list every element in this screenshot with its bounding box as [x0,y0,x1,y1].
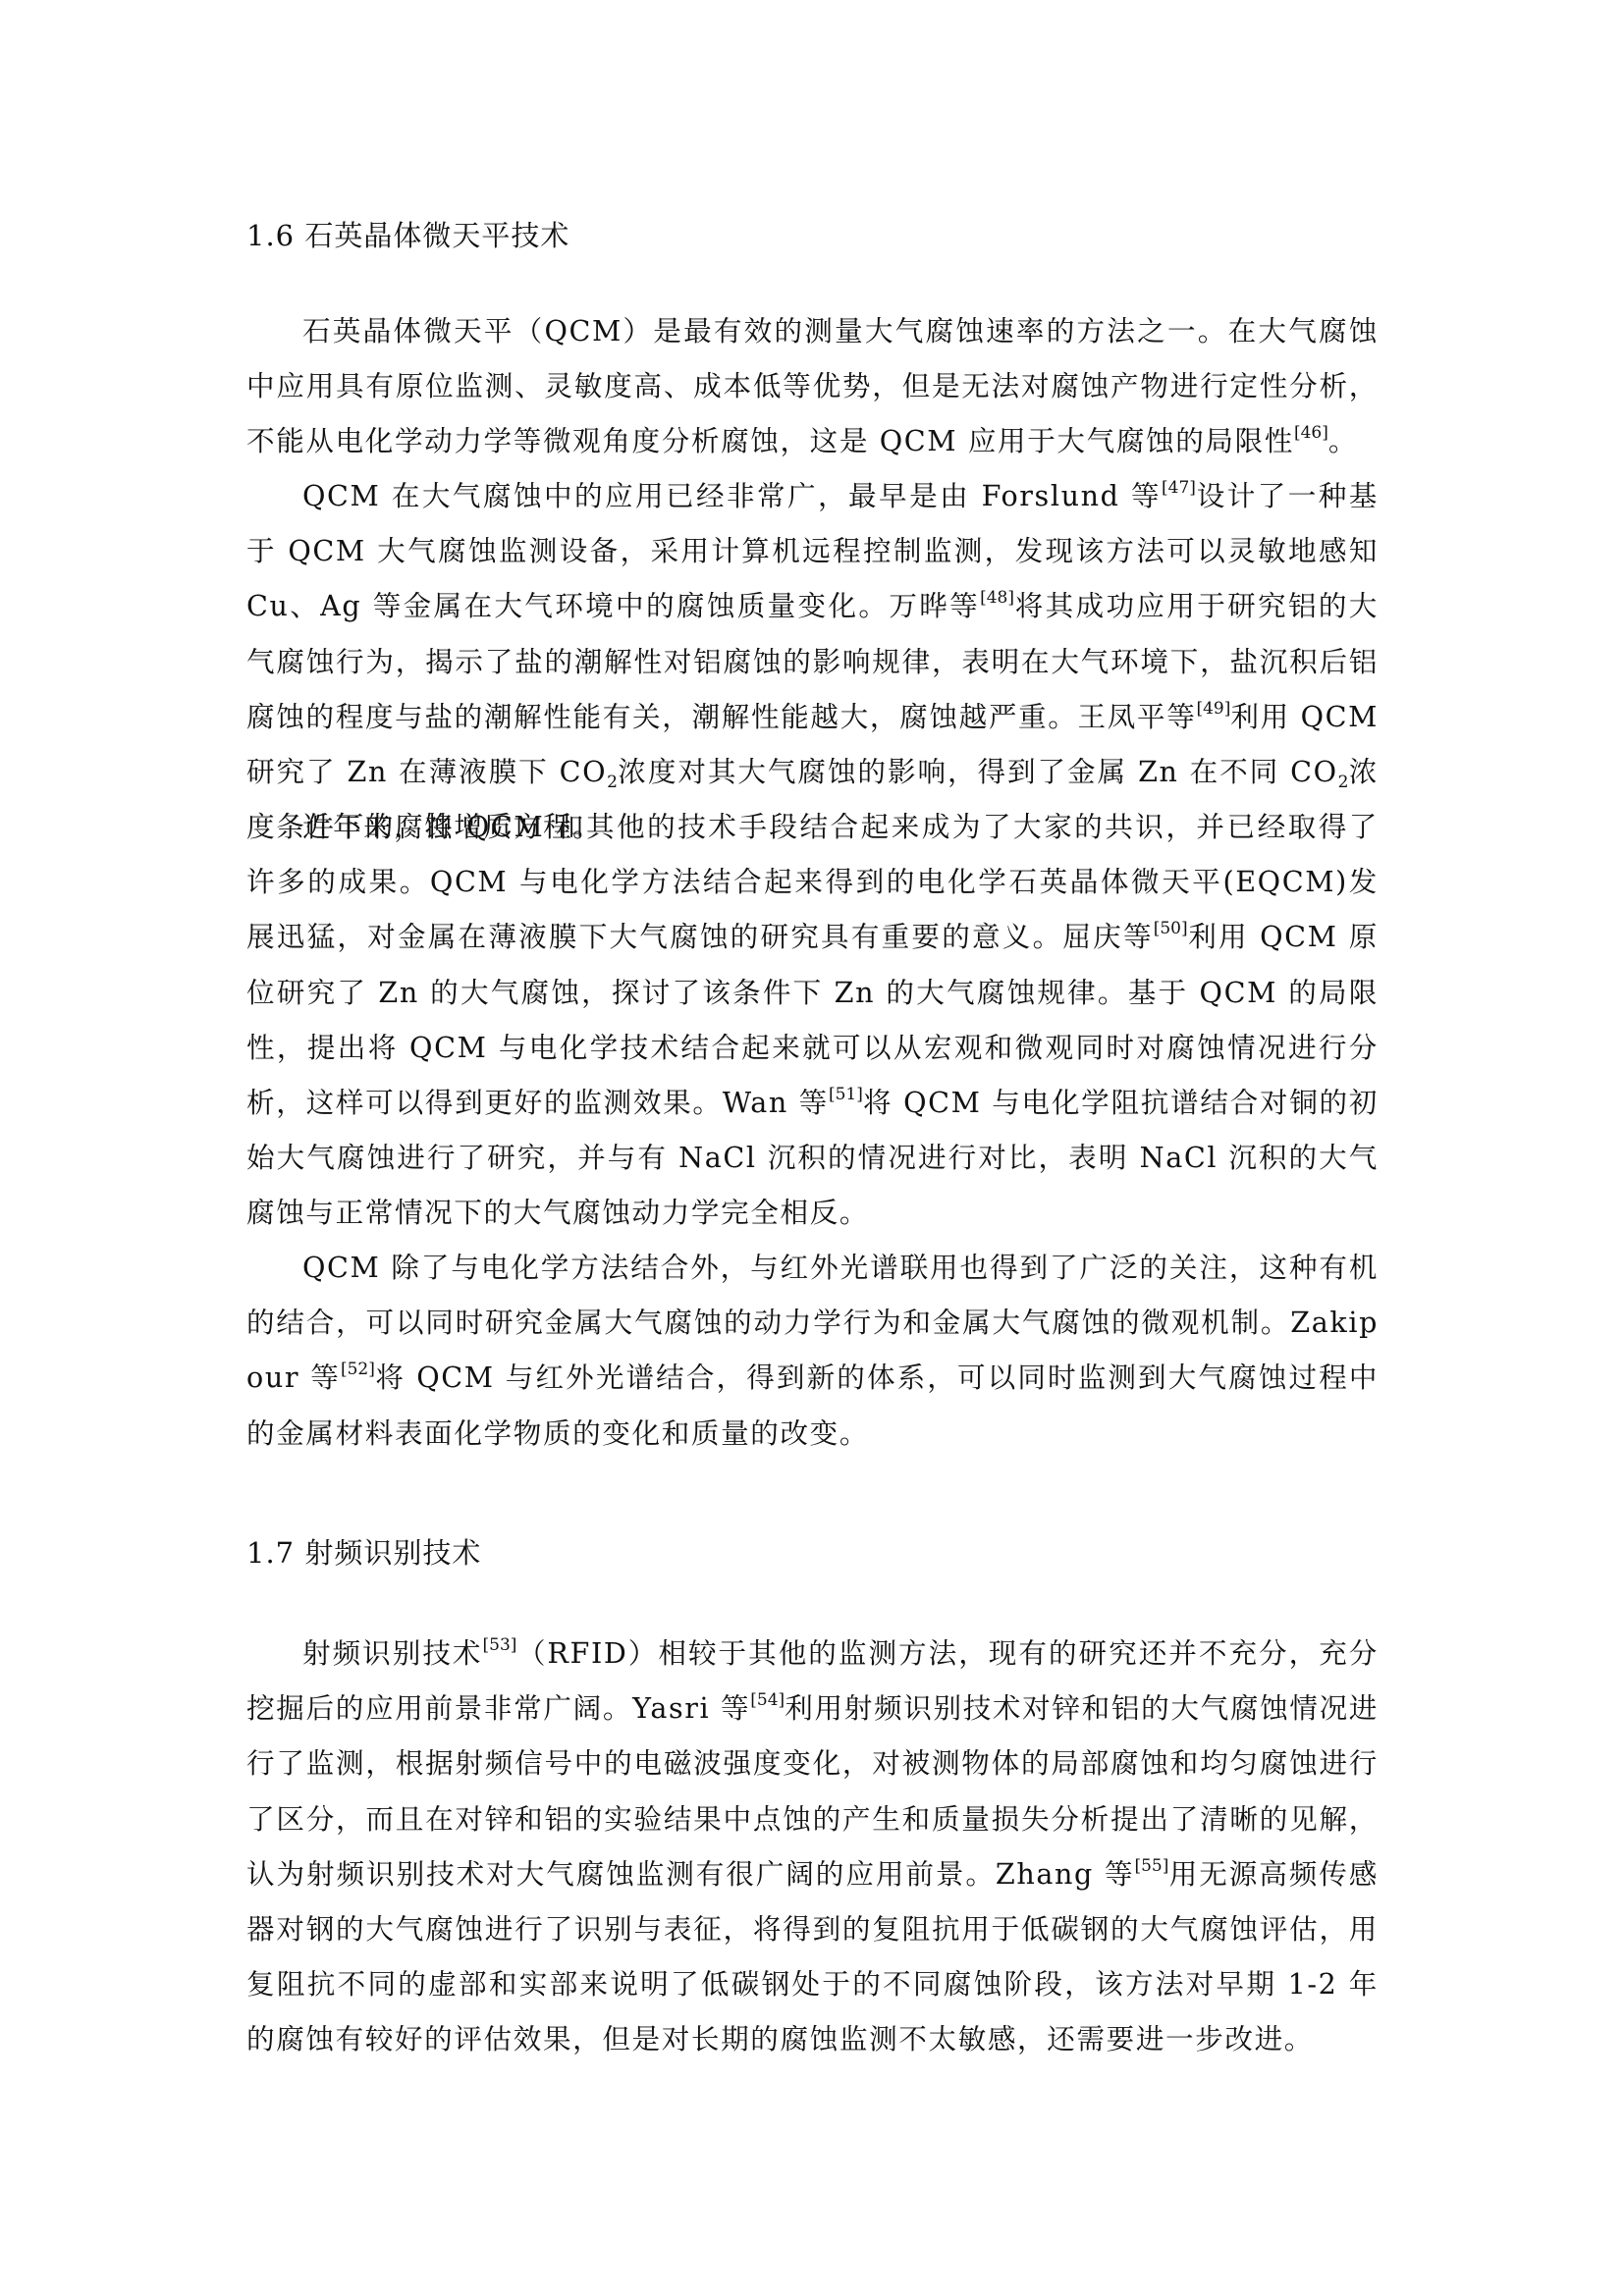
citation-reference: [53] [483,1635,517,1655]
paragraph-qcm-infrared: QCM 除了与电化学方法结合外，与红外光谱联用也得到了广泛的关注，这种有机的结合… [246,1240,1379,1461]
paragraph-qcm-applications: QCM 在大气腐蚀中的应用已经非常广，最早是由 Forslund 等[47]设计… [246,468,1379,854]
citation-reference: [49] [1196,699,1230,719]
citation-reference: [50] [1154,919,1188,938]
citation-reference: [54] [750,1690,785,1710]
paragraph-rfid: 射频识别技术[53]（RFID）相较于其他的监测方法，现有的研究还并不充分，充分… [246,1626,1379,2067]
citation-reference: [51] [829,1085,863,1104]
citation-reference: [48] [980,588,1014,608]
citation-reference: [47] [1162,478,1196,498]
subscript: 2 [1338,773,1349,792]
citation-reference: [55] [1134,1856,1168,1876]
section-heading-1-7: 1.7 射频识别技术 [246,1533,481,1573]
paragraph-qcm-combined-techniques: 近年来，将 QCM 和其他的技术手段结合起来成为了大家的共识，并已经取得了许多的… [246,799,1379,1241]
citation-reference: [46] [1294,423,1328,443]
paragraph-qcm-intro: 石英晶体微天平（QCM）是最有效的测量大气腐蚀速率的方法之一。在大气腐蚀中应用具… [246,303,1379,469]
subscript: 2 [607,773,618,792]
section-heading-1-6: 1.6 石英晶体微天平技术 [246,216,569,255]
citation-reference: [52] [341,1360,375,1379]
